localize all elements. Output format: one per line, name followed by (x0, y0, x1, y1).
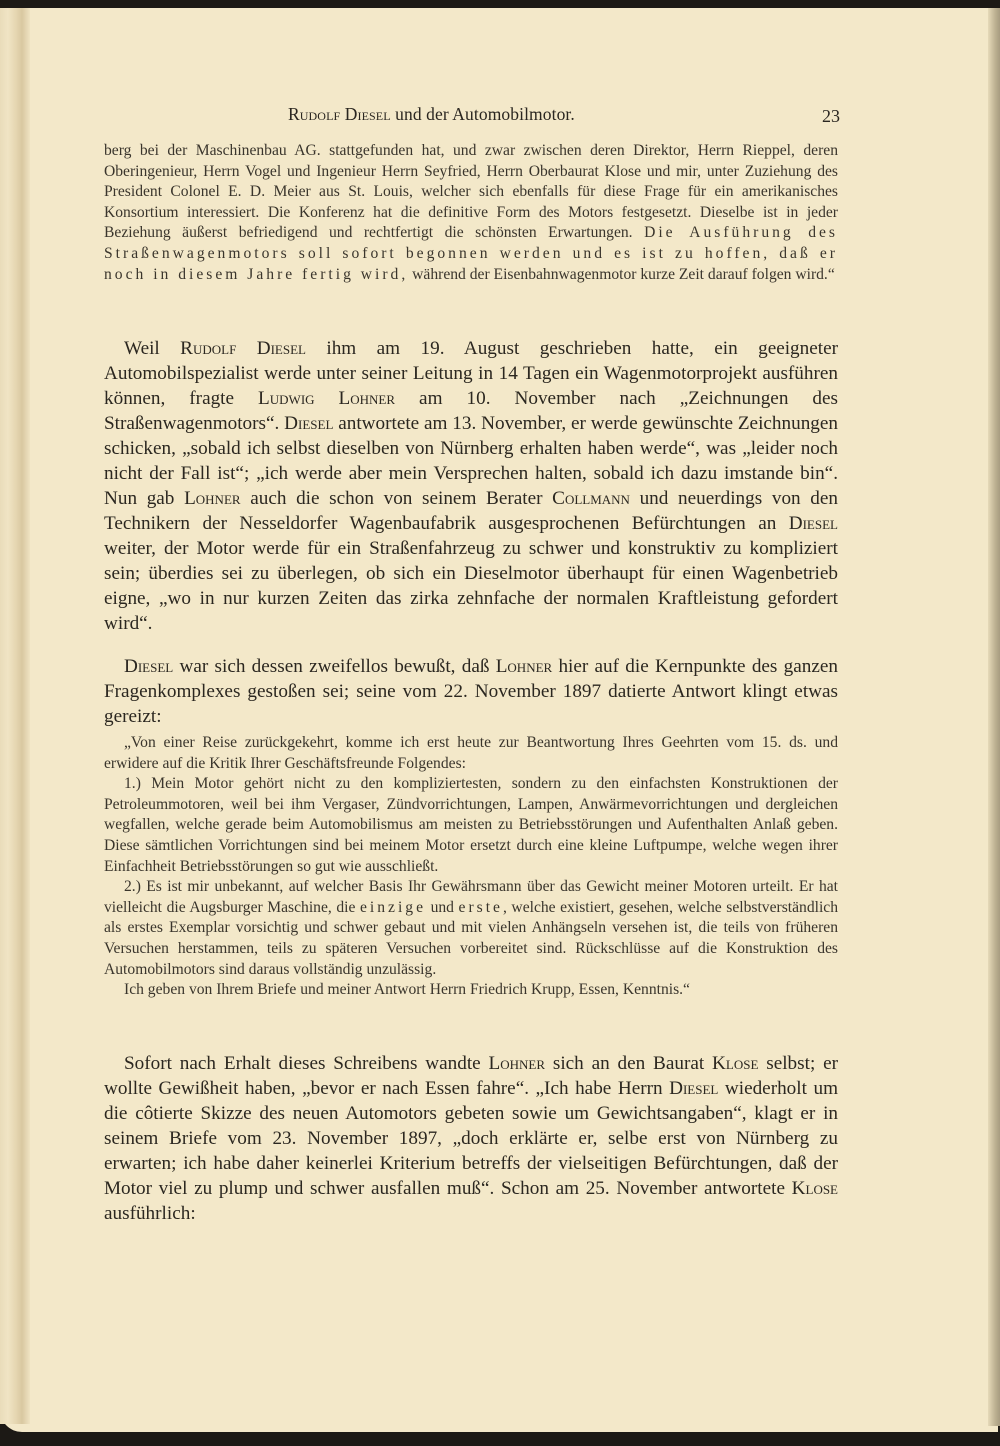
quoted-letter: „Von einer Reise zurückgekehrt, komme ic… (104, 733, 838, 1001)
letter-intro: „Von einer Reise zurückgekehrt, komme ic… (104, 733, 838, 774)
text: Weil (124, 338, 180, 359)
person-name: Diesel (669, 1078, 718, 1099)
paragraph-1: Weil Rudolf Diesel ihm am 19. August ges… (104, 336, 838, 636)
person-name: Lohner (496, 656, 553, 677)
paragraph-2: Diesel war sich dessen zweifellos bewußt… (104, 654, 838, 729)
book-binding-edge (0, 8, 30, 1424)
letter-closing: Ich geben von Ihrem Briefe und meiner An… (104, 980, 838, 1001)
person-name: Klose (792, 1178, 838, 1199)
running-head-name: Rudolf Diesel (288, 104, 391, 124)
person-name: Collmann (552, 488, 630, 509)
letter-point-2: 2.) Es ist mir unbekannt, auf welcher Ba… (104, 877, 838, 980)
text: war sich dessen zweifellos bewußt, daß (173, 656, 495, 677)
person-name: Diesel (789, 513, 838, 534)
quote-continuation: berg bei der Maschinenbau AG. stattgefun… (104, 141, 838, 285)
page-edge-shadow (988, 8, 1000, 1426)
person-name: Klose (712, 1053, 758, 1074)
letter-point-1: 1.) Mein Motor gehört nicht zu den kompl… (104, 774, 838, 877)
person-name: Lohner (184, 488, 241, 509)
emphasis: einzige (360, 899, 426, 916)
person-name: Ludwig Lohner (258, 388, 395, 409)
text: ausführlich: (104, 1203, 196, 1224)
paragraph-3: Sofort nach Erhalt dieses Schreibens wan… (104, 1051, 838, 1226)
running-head-rest: und der Automobilmotor. (391, 104, 575, 124)
person-name: Rudolf Diesel (180, 338, 306, 359)
running-head: Rudolf Diesel und der Automobilmotor. 23 (100, 104, 840, 126)
emphasis: erste (459, 899, 503, 916)
person-name: Diesel (284, 413, 333, 434)
running-head-title: Rudolf Diesel und der Automobilmotor. (288, 104, 575, 125)
text: Sofort nach Erhalt dieses Schreibens wan… (124, 1053, 489, 1074)
page-number: 23 (822, 106, 840, 127)
text: sich an den Baurat (545, 1053, 712, 1074)
quote-text-b: während der Eisenbahnwagenmotor kurze Ze… (408, 266, 835, 283)
text: weiter, der Motor werde für ein Straßenf… (104, 538, 838, 634)
text: auch die schon von seinem Berater (241, 488, 553, 509)
person-name: Lohner (489, 1053, 546, 1074)
person-name: Diesel (124, 656, 173, 677)
text: und (426, 899, 459, 916)
